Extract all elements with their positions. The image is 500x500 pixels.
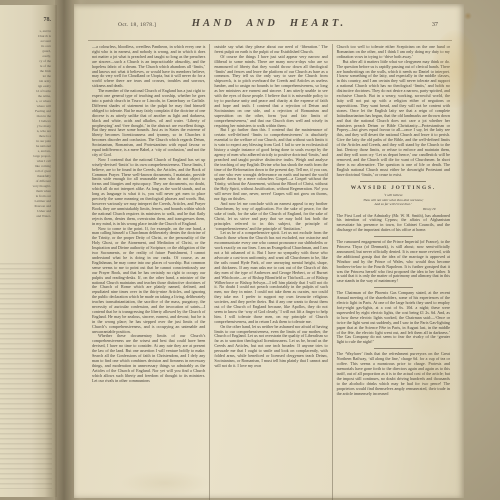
page-header: Oct. 18, 1878.] HAND AND HEART. 37 — [74, 16, 464, 40]
paper-stain-speck — [464, 12, 472, 20]
section-divider-rule — [360, 181, 426, 182]
paragraph: Now to come to the point. If, for exampl… — [92, 227, 205, 335]
adjacent-page-text-fragments: s, and in Church is account its own guar… — [0, 29, 51, 219]
text-columns: —a colourless, bloodless, creedless Pant… — [88, 44, 454, 500]
paragraph: —a colourless, bloodless, creedless Pant… — [92, 45, 205, 89]
jotting-divider-rule — [374, 348, 413, 349]
paragraph: On the other hand, let us neither be ash… — [214, 325, 327, 369]
paragraph: Church too well to tolerate either Scept… — [337, 45, 450, 60]
paragraph: Now I contend that the national Church o… — [92, 158, 205, 227]
paragraph: The member of the national Church of Eng… — [92, 89, 205, 158]
jotting-item: The Chairman of the Phoenix Gas Company … — [337, 291, 450, 345]
jottings-heading: WAYSIDE JOTTINGS. — [337, 186, 450, 191]
page-number: 37 — [432, 21, 438, 28]
jotting-item: The First Lord of the Admiralty (Mr. W. … — [337, 214, 450, 234]
adjacent-page-edge: 78. s, and in Church is account its own … — [0, 5, 57, 497]
adjacent-page-text-texture — [0, 263, 52, 489]
page: Oct. 18, 1878.] HAND AND HEART. 37 —a co… — [74, 4, 464, 498]
header-rule — [88, 40, 452, 41]
paragraph: Of course the things I have just said ap… — [214, 55, 327, 129]
adjacent-page-header-fragment: 78. — [0, 17, 51, 23]
column-2: outside say what they please about our n… — [209, 44, 331, 500]
scanned-book-photo: 78. s, and in Church is account its own … — [0, 0, 500, 500]
jotting-item: The rumoured engagement of the Prince Im… — [337, 240, 450, 284]
jotting-item: The ‘Wayfarer’ finds that the refreshmen… — [337, 352, 450, 396]
paragraph: Let us be of a comprehensive spirit. Let… — [214, 231, 327, 324]
paragraph: And now let me conclude with an earnest … — [214, 202, 327, 231]
column-3: Church too well to tolerate either Scept… — [332, 44, 454, 500]
jotting-divider-rule — [374, 236, 413, 237]
jottings-epigraph: ‘I will believe Thou wilt not utter what… — [337, 193, 450, 206]
jottings-epigraph-attribution: Henry IV. — [337, 207, 450, 212]
column-1: —a colourless, bloodless, creedless Pant… — [88, 44, 209, 500]
publication-title: HAND AND HEART. — [74, 18, 464, 29]
paragraph: Whether these documentary limits of our … — [92, 334, 205, 383]
paragraph: But after all it matters little what we … — [337, 60, 450, 178]
paragraph: But I go further than this. I contend th… — [214, 128, 327, 202]
jotting-divider-rule — [374, 287, 413, 288]
